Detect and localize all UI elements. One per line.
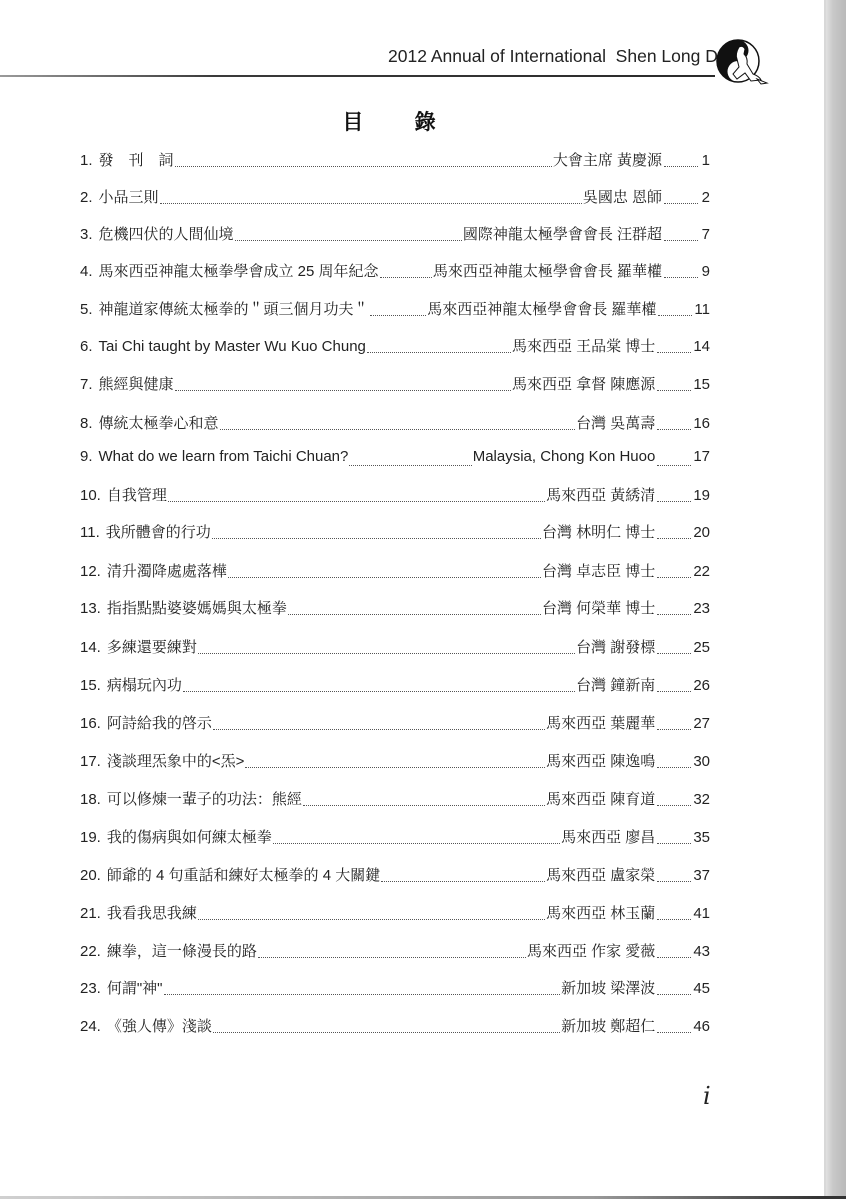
toc-entry-page: 43 xyxy=(693,943,710,960)
dot-leader xyxy=(349,465,471,466)
toc-entry-title: 多練還要練對 xyxy=(107,636,197,657)
dot-leader xyxy=(657,538,691,539)
toc-entry-number: 1. xyxy=(80,152,93,169)
toc-entry-page: 27 xyxy=(693,715,710,732)
toc-entry-author: 台灣 謝發標 xyxy=(576,636,655,657)
dot-leader xyxy=(258,957,526,958)
toc-entry-page: 15 xyxy=(693,376,710,393)
toc-entry-page: 41 xyxy=(693,905,710,922)
dot-leader xyxy=(657,614,691,615)
toc-entry[interactable]: 19.我的傷病與如何練太極拳馬來西亞 廖昌35 xyxy=(80,826,710,850)
dot-leader xyxy=(168,501,545,502)
toc-entry-title: 自我管理 xyxy=(107,484,167,505)
toc-entry-title: 清升濁降處處落樺 xyxy=(107,560,227,581)
toc-entry[interactable]: 1.發 刊 詞大會主席 黃慶源1 xyxy=(80,149,710,173)
toc-entry-number: 2. xyxy=(80,189,93,206)
toc-entry-number: 11. xyxy=(80,524,100,541)
toc-entry-number: 18. xyxy=(80,791,101,808)
toc-entry-page: 17 xyxy=(693,448,710,465)
toc-entry[interactable]: 9.What do we learn from Taichi Chuan?Mal… xyxy=(80,448,710,472)
toc-entry[interactable]: 11.我所體會的行功台灣 林明仁 博士20 xyxy=(80,521,710,545)
toc-entry-author: 台灣 鐘新南 xyxy=(576,674,655,695)
toc-entry-number: 20. xyxy=(80,867,101,884)
toc-entry-page: 22 xyxy=(693,563,710,580)
page-edge-shadow xyxy=(824,0,846,1199)
toc-entry-title: 可以修煉一輩子的功法：熊經 xyxy=(107,788,302,809)
dot-leader xyxy=(657,390,691,391)
dot-leader xyxy=(370,315,427,316)
running-header: 2012 Annual of International Shen Long D… xyxy=(388,46,736,67)
toc-entry-page: 2 xyxy=(700,189,710,206)
toc-entry-page: 14 xyxy=(693,338,710,355)
toc-entry-page: 25 xyxy=(693,639,710,656)
toc-entry-author: 新加坡 鄭超仁 xyxy=(561,1015,655,1036)
dot-leader xyxy=(657,767,691,768)
toc-entry-page: 30 xyxy=(693,753,710,770)
toc-entry-author: 馬來西亞 林玉蘭 xyxy=(546,902,655,923)
toc-entry-author: 馬來西亞神龍太極學會會長 羅華權 xyxy=(433,260,662,281)
toc-entry-number: 17. xyxy=(80,753,101,770)
dot-leader xyxy=(664,166,698,167)
toc-entry-number: 14. xyxy=(80,639,101,656)
toc-entry[interactable]: 8.傳統太極拳心和意台灣 吳萬壽16 xyxy=(80,412,710,436)
toc-entry[interactable]: 23.何謂"神"新加坡 梁澤波45 xyxy=(80,977,710,1001)
toc-entry-page: 35 xyxy=(693,829,710,846)
toc-entry-title: 傳統太極拳心和意 xyxy=(99,412,219,433)
toc-entry[interactable]: 17.淺談理炁象中的<炁>馬來西亞 陳逸鳴30 xyxy=(80,750,710,774)
toc-entry-number: 10. xyxy=(80,487,101,504)
toc-entry-author: 馬來西亞 盧家榮 xyxy=(546,864,655,885)
toc-entry[interactable]: 3.危機四伏的人間仙境國際神龍太極學會會長 汪群超7 xyxy=(80,223,710,247)
toc-entry[interactable]: 13.指指點點婆婆媽媽與太極拳台灣 何榮華 博士23 xyxy=(80,597,710,621)
toc-entry-author: 新加坡 梁澤波 xyxy=(561,977,655,998)
toc-entry-page: 37 xyxy=(693,867,710,884)
toc-entry-author: 大會主席 黃慶源 xyxy=(553,149,662,170)
toc-entry-page: 9 xyxy=(700,263,710,280)
toc-entry-title: 師爺的 4 句重話和練好太極拳的 4 大關鍵 xyxy=(107,864,380,885)
dot-leader xyxy=(212,538,541,539)
toc-entry[interactable]: 16.阿詩給我的啓示馬來西亞 葉麗華27 xyxy=(80,712,710,736)
dot-leader xyxy=(245,767,545,768)
toc-entry[interactable]: 7.熊經與健康馬來西亞 拿督 陳應源15 xyxy=(80,373,710,397)
dot-leader xyxy=(367,352,511,353)
toc-entry-title: 阿詩給我的啓示 xyxy=(107,712,212,733)
dot-leader xyxy=(175,166,552,167)
toc-entry-page: 19 xyxy=(693,487,710,504)
dot-leader xyxy=(303,805,545,806)
toc-entry-title: What do we learn from Taichi Chuan? xyxy=(99,448,349,465)
page-number: i xyxy=(703,1082,711,1110)
dot-leader xyxy=(657,1032,691,1033)
dot-leader xyxy=(657,429,691,430)
dot-leader xyxy=(657,653,691,654)
toc-entry[interactable]: 2.小品三則吳國忠 恩師2 xyxy=(80,186,710,210)
toc-entry-number: 3. xyxy=(80,226,93,243)
dot-leader xyxy=(664,203,698,204)
toc-entry-author: 馬來西亞 廖昌 xyxy=(561,826,655,847)
toc-entry-title: 小品三則 xyxy=(99,186,159,207)
toc-entry-title: 馬來西亞神龍太極拳學會成立 25 周年紀念 xyxy=(99,260,379,281)
toc-entry[interactable]: 24.《強人傳》淺談新加坡 鄭超仁46 xyxy=(80,1015,710,1039)
toc-entry-number: 23. xyxy=(80,980,101,997)
toc-entry-page: 20 xyxy=(693,524,710,541)
toc-entry-author: 馬來西亞 陳育道 xyxy=(546,788,655,809)
toc-entry-author: 馬來西亞 黃綉清 xyxy=(546,484,655,505)
dot-leader xyxy=(664,240,698,241)
toc-entry-author: 馬來西亞 葉麗華 xyxy=(546,712,655,733)
dot-leader xyxy=(198,919,545,920)
dot-leader xyxy=(288,614,541,615)
dot-leader xyxy=(220,429,576,430)
dot-leader xyxy=(381,881,545,882)
dot-leader xyxy=(657,843,691,844)
toc-entry-title: 淺談理炁象中的<炁> xyxy=(107,750,245,771)
toc-entry[interactable]: 15.病榻玩內功台灣 鐘新南26 xyxy=(80,674,710,698)
toc-entry-author: 台灣 林明仁 博士 xyxy=(542,521,655,542)
dot-leader xyxy=(657,501,691,502)
toc-entry-author: 吳國忠 恩師 xyxy=(583,186,662,207)
dot-leader xyxy=(273,843,560,844)
toc-entry-number: 22. xyxy=(80,943,101,960)
toc-entry-title: 我看我思我練 xyxy=(107,902,197,923)
toc-entry-number: 21. xyxy=(80,905,101,922)
toc-entry-author: 馬來西亞 拿督 陳應源 xyxy=(512,373,655,394)
toc-entry-page: 46 xyxy=(693,1018,710,1035)
dot-leader xyxy=(380,277,432,278)
toc-entry[interactable]: 22.練拳，這一條漫長的路馬來西亞 作家 愛薇43 xyxy=(80,940,710,964)
dot-leader xyxy=(657,805,691,806)
toc-entry-number: 24. xyxy=(80,1018,101,1035)
dot-leader xyxy=(235,240,462,241)
taichi-logo-icon xyxy=(713,37,771,87)
toc-entry-title: 指指點點婆婆媽媽與太極拳 xyxy=(107,597,287,618)
dot-leader xyxy=(228,577,541,578)
toc-entry-title: 熊經與健康 xyxy=(99,373,174,394)
toc-entry-page: 7 xyxy=(700,226,710,243)
toc-entry-title: 危機四伏的人間仙境 xyxy=(99,223,234,244)
dot-leader xyxy=(657,881,691,882)
toc-entry-page: 1 xyxy=(700,152,710,169)
dot-leader xyxy=(175,390,511,391)
toc-entry-author: 台灣 何榮華 博士 xyxy=(542,597,655,618)
toc-entry-number: 4. xyxy=(80,263,93,280)
toc-entry-page: 11 xyxy=(694,301,710,318)
toc-entry-number: 15. xyxy=(80,677,101,694)
toc-entry[interactable]: 10.自我管理馬來西亞 黃綉清19 xyxy=(80,484,710,508)
toc-entry-title: 神龍道家傳統太極拳的＂頭三個月功夫＂ xyxy=(99,298,369,319)
dot-leader xyxy=(657,729,691,730)
toc-entry[interactable]: 6.Tai Chi taught by Master Wu Kuo Chung馬… xyxy=(80,335,710,359)
toc-entry-page: 26 xyxy=(693,677,710,694)
dot-leader xyxy=(657,957,691,958)
dot-leader xyxy=(198,653,575,654)
dot-leader xyxy=(658,315,692,316)
toc-entry-number: 13. xyxy=(80,600,101,617)
toc-entry-author: 國際神龍太極學會會長 汪群超 xyxy=(463,223,662,244)
dot-leader xyxy=(657,691,691,692)
toc-entry[interactable]: 21.我看我思我練馬來西亞 林玉蘭41 xyxy=(80,902,710,926)
toc-title: 目 錄 xyxy=(0,106,800,136)
dot-leader xyxy=(657,465,691,466)
toc-entry-author: 馬來西亞 陳逸鳴 xyxy=(546,750,655,771)
dot-leader xyxy=(657,577,691,578)
toc-entry[interactable]: 12.清升濁降處處落樺台灣 卓志臣 博士22 xyxy=(80,560,710,584)
dot-leader xyxy=(164,994,561,995)
toc-entry-number: 12. xyxy=(80,563,101,580)
toc-entry-title: 我的傷病與如何練太極拳 xyxy=(107,826,272,847)
toc-entry-title: 練拳，這一條漫長的路 xyxy=(107,940,257,961)
toc-entry[interactable]: 14.多練還要練對台灣 謝發標25 xyxy=(80,636,710,660)
toc-entry-number: 7. xyxy=(80,376,93,393)
toc-entry-title: 發 刊 詞 xyxy=(99,149,174,170)
dot-leader xyxy=(657,919,691,920)
toc-entry[interactable]: 18.可以修煉一輩子的功法：熊經馬來西亞 陳育道32 xyxy=(80,788,710,812)
toc-entry-title: 《強人傳》淺談 xyxy=(107,1015,212,1036)
toc-entry-author: Malaysia, Chong Kon Huoo xyxy=(473,448,656,465)
toc-entry-author: 馬來西亞 作家 愛薇 xyxy=(527,940,655,961)
dot-leader xyxy=(664,277,698,278)
header-rule xyxy=(0,75,715,77)
toc-entry-number: 6. xyxy=(80,338,93,355)
toc-entry[interactable]: 5.神龍道家傳統太極拳的＂頭三個月功夫＂馬來西亞神龍太極學會會長 羅華權11 xyxy=(80,298,710,322)
toc-entry-number: 19. xyxy=(80,829,101,846)
toc-entry-number: 8. xyxy=(80,415,93,432)
toc-entry-author: 馬來西亞神龍太極學會會長 羅華權 xyxy=(427,298,656,319)
toc-entry-number: 16. xyxy=(80,715,101,732)
dot-leader xyxy=(213,1032,560,1033)
toc-entry-number: 9. xyxy=(80,448,93,465)
toc-entry[interactable]: 20.師爺的 4 句重話和練好太極拳的 4 大關鍵馬來西亞 盧家榮37 xyxy=(80,864,710,888)
dot-leader xyxy=(657,352,691,353)
toc-entry-page: 32 xyxy=(693,791,710,808)
toc-entry[interactable]: 4.馬來西亞神龍太極拳學會成立 25 周年紀念馬來西亞神龍太極學會會長 羅華權9 xyxy=(80,260,710,284)
toc-entry-title: Tai Chi taught by Master Wu Kuo Chung xyxy=(99,338,366,355)
dot-leader xyxy=(183,691,575,692)
toc-entry-title: 我所體會的行功 xyxy=(106,521,211,542)
dot-leader xyxy=(213,729,545,730)
dot-leader xyxy=(657,994,691,995)
dot-leader xyxy=(160,203,582,204)
toc-entry-title: 病榻玩內功 xyxy=(107,674,182,695)
toc-entry-page: 23 xyxy=(693,600,710,617)
toc-entry-number: 5. xyxy=(80,301,93,318)
toc-entry-title: 何謂"神" xyxy=(107,977,163,998)
toc-entry-author: 馬來西亞 王品棠 博士 xyxy=(512,335,655,356)
toc-entry-page: 45 xyxy=(693,980,710,997)
toc-entry-author: 台灣 吳萬壽 xyxy=(576,412,655,433)
toc-entry-author: 台灣 卓志臣 博士 xyxy=(542,560,655,581)
toc-entry-page: 16 xyxy=(693,415,710,432)
